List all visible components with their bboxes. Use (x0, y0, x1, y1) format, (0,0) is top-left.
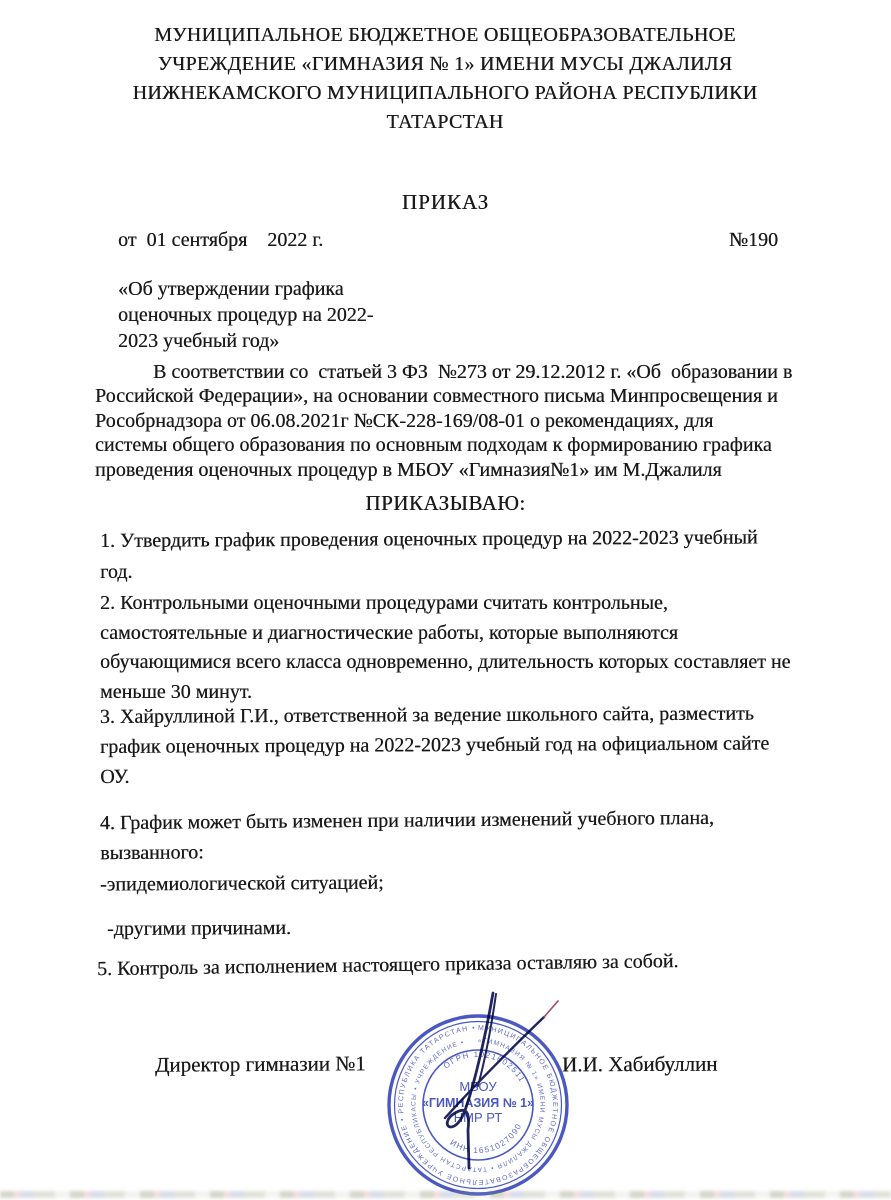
order-number: №190 (729, 229, 778, 252)
order-item-1: 1. Утвердить график проведения оценочных… (100, 522, 842, 588)
signature-role-label: Директор гимназии №1 (155, 1051, 366, 1077)
scanned-order-document: МУНИЦИПАЛЬНОЕ БЮДЖЕТНОЕ ОБЩЕОБРАЗОВАТЕЛЬ… (0, 0, 891, 1200)
order-item-4-bullet-1: -эпидемиологической ситуацией; (100, 868, 842, 896)
order-item-4: 4. График может быть изменен при наличии… (100, 802, 842, 868)
document-title: ПРИКАЗ (0, 190, 891, 215)
scan-cutoff-artifact (0, 1191, 891, 1198)
order-date: от 01 сентября 2022 г. (118, 229, 323, 252)
order-item-4-bullet-2: -другими причинами. (107, 914, 849, 941)
order-item-2: 2. Контрольными оценочными процедурами с… (100, 589, 842, 707)
date-number-row: от 01 сентября 2022 г. №190 (118, 229, 778, 252)
signature-ink-icon (420, 980, 600, 1180)
order-item-5: 5. Контроль за исполнением настоящего пр… (97, 948, 839, 981)
order-subject: «Об утверждении графика оценочных процед… (118, 276, 418, 354)
order-keyword: ПРИКАЗЫВАЮ: (0, 491, 891, 516)
order-item-3: 3. Хайруллиной Г.И., ответственной за ве… (100, 698, 842, 792)
preamble-paragraph: В соответствии со статьей 3 ФЗ №273 от 2… (95, 360, 805, 482)
organization-header: МУНИЦИПАЛЬНОЕ БЮДЖЕТНОЕ ОБЩЕОБРАЗОВАТЕЛЬ… (85, 21, 805, 137)
